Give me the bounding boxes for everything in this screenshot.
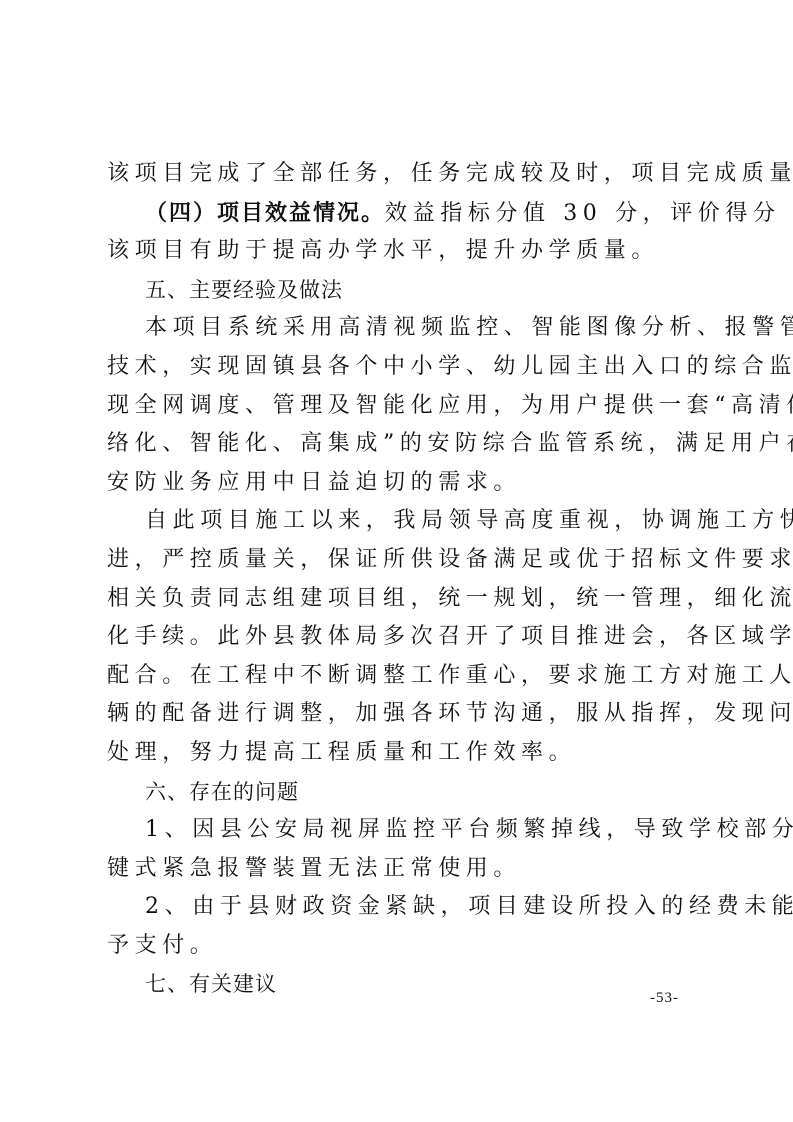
paragraph-line: 配合。在工程中不断调整工作重心，要求施工方对施工人员、车 bbox=[107, 657, 687, 696]
paragraph-line: 络化、智能化、高集成”的安防综合监管系统，满足用户在综合 bbox=[107, 425, 687, 464]
section-four-text: 效益指标分值 30 分，评价得分 30 分。 bbox=[385, 201, 793, 226]
heading-experience: 五、主要经验及做法 bbox=[107, 271, 687, 310]
section-four-line: （四）项目效益情况。效益指标分值 30 分，评价得分 30 分。 bbox=[107, 194, 687, 233]
paragraph-line: 该项目有助于提高办学水平，提升办学质量。 bbox=[107, 232, 687, 271]
paragraph-line: 技术，实现固镇县各个中小学、幼儿园主出入口的综合监管，实 bbox=[107, 348, 687, 387]
paragraph-line: 自此项目施工以来，我局领导高度重视，协调施工方快速推 bbox=[107, 502, 687, 541]
paragraph-line: 化手续。此外县教体局多次召开了项目推进会，各区域学校积极 bbox=[107, 618, 687, 657]
paragraph-line: 2、由于县财政资金紧缺，项目建设所投入的经费未能及时给 bbox=[107, 888, 687, 927]
heading-suggestions: 七、有关建议 bbox=[107, 965, 687, 1004]
paragraph-line: 予支付。 bbox=[107, 927, 687, 966]
paragraph-line: 键式紧急报警装置无法正常使用。 bbox=[107, 850, 687, 889]
paragraph-line: 该项目完成了全部任务，任务完成较及时，项目完成质量较好。 bbox=[107, 155, 687, 194]
paragraph-line: 处理，努力提高工程质量和工作效率。 bbox=[107, 734, 687, 773]
section-four-heading: （四）项目效益情况。 bbox=[145, 200, 385, 226]
paragraph-line: 辆的配备进行调整，加强各环节沟通，服从指挥，发现问题及时 bbox=[107, 695, 687, 734]
paragraph-line: 安防业务应用中日益迫切的需求。 bbox=[107, 464, 687, 503]
paragraph-line: 进，严控质量关，保证所供设备满足或优于招标文件要求。抽调 bbox=[107, 541, 687, 580]
paragraph-line: 相关负责同志组建项目组，统一规划，统一管理，细化流程，简 bbox=[107, 580, 687, 619]
paragraph-line: 1、因县公安局视屏监控平台频繁掉线，导致学校部分可视一 bbox=[107, 811, 687, 850]
document-body: 该项目完成了全部任务，任务完成较及时，项目完成质量较好。 （四）项目效益情况。效… bbox=[107, 155, 687, 1004]
page-number: -53- bbox=[650, 990, 679, 1007]
paragraph-line: 本项目系统采用高清视频监控、智能图像分析、报警管理等 bbox=[107, 309, 687, 348]
paragraph-line: 现全网调度、管理及智能化应用，为用户提供一套“高清化、网 bbox=[107, 387, 687, 426]
heading-problems: 六、存在的问题 bbox=[107, 773, 687, 812]
